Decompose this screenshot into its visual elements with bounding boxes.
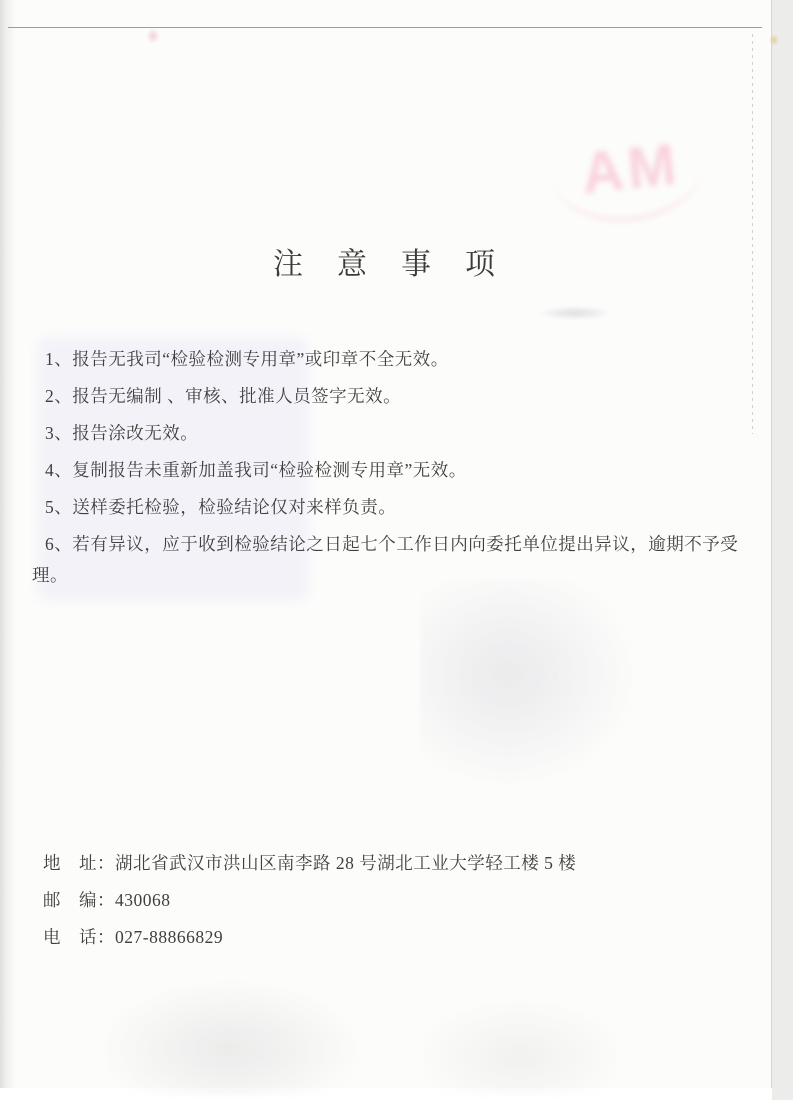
address-label: 地 址： bbox=[43, 852, 115, 874]
contact-phone-row: 电 话：027-88866829 bbox=[43, 926, 753, 948]
scan-right-margin-strip bbox=[771, 0, 793, 1100]
notice-list: 1、报告无我司“检验检测专用章”或印章不全无效。 2、报告无编制 、审核、批准人… bbox=[32, 344, 759, 597]
scan-smudge-middle bbox=[420, 580, 640, 790]
notice-item-5: 5、送样委托检验，检验结论仅对来样负责。 bbox=[32, 492, 759, 523]
scan-top-edge-line bbox=[8, 27, 762, 28]
notice-item-3: 3、报告涂改无效。 bbox=[32, 418, 759, 449]
cma-stamp-bleed-through: MA bbox=[547, 114, 707, 228]
paper-speck-yellow bbox=[769, 34, 779, 46]
contact-zip-row: 邮 编：430068 bbox=[43, 889, 753, 911]
notice-item-6: 6、若有异议，应于收到检验结论之日起七个工作日内向委托单位提出异议，逾期不予受理… bbox=[32, 529, 759, 591]
page-title: 注 意 事 项 bbox=[0, 239, 770, 283]
notice-item-2: 2、报告无编制 、审核、批准人员签字无效。 bbox=[32, 381, 759, 412]
paper-speck-pink bbox=[146, 28, 160, 44]
scan-smudge-bottom-right bbox=[420, 1000, 620, 1095]
contact-address-row: 地 址：湖北省武汉市洪山区南李路 28 号湖北工业大学轻工楼 5 楼 bbox=[43, 852, 753, 874]
contact-block: 地 址：湖北省武汉市洪山区南李路 28 号湖北工业大学轻工楼 5 楼 邮 编：4… bbox=[43, 852, 753, 963]
scanned-report-notice-page: MA 注 意 事 项 1、报告无我司“检验检测专用章”或印章不全无效。 2、报告… bbox=[0, 0, 793, 1100]
phone-label: 电 话： bbox=[43, 926, 115, 948]
scan-smudge-bottom-left bbox=[100, 980, 360, 1095]
zip-label: 邮 编： bbox=[43, 889, 115, 911]
scan-left-edge-shadow bbox=[0, 0, 16, 1100]
phone-value: 027-88866829 bbox=[115, 926, 223, 948]
zip-value: 430068 bbox=[115, 889, 171, 911]
notice-item-4: 4、复制报告未重新加盖我司“检验检测专用章”无效。 bbox=[32, 455, 759, 486]
address-value: 湖北省武汉市洪山区南李路 28 号湖北工业大学轻工楼 5 楼 bbox=[115, 852, 576, 874]
notice-item-1: 1、报告无我司“检验检测专用章”或印章不全无效。 bbox=[32, 344, 759, 375]
ghost-text-smudge bbox=[540, 306, 610, 320]
